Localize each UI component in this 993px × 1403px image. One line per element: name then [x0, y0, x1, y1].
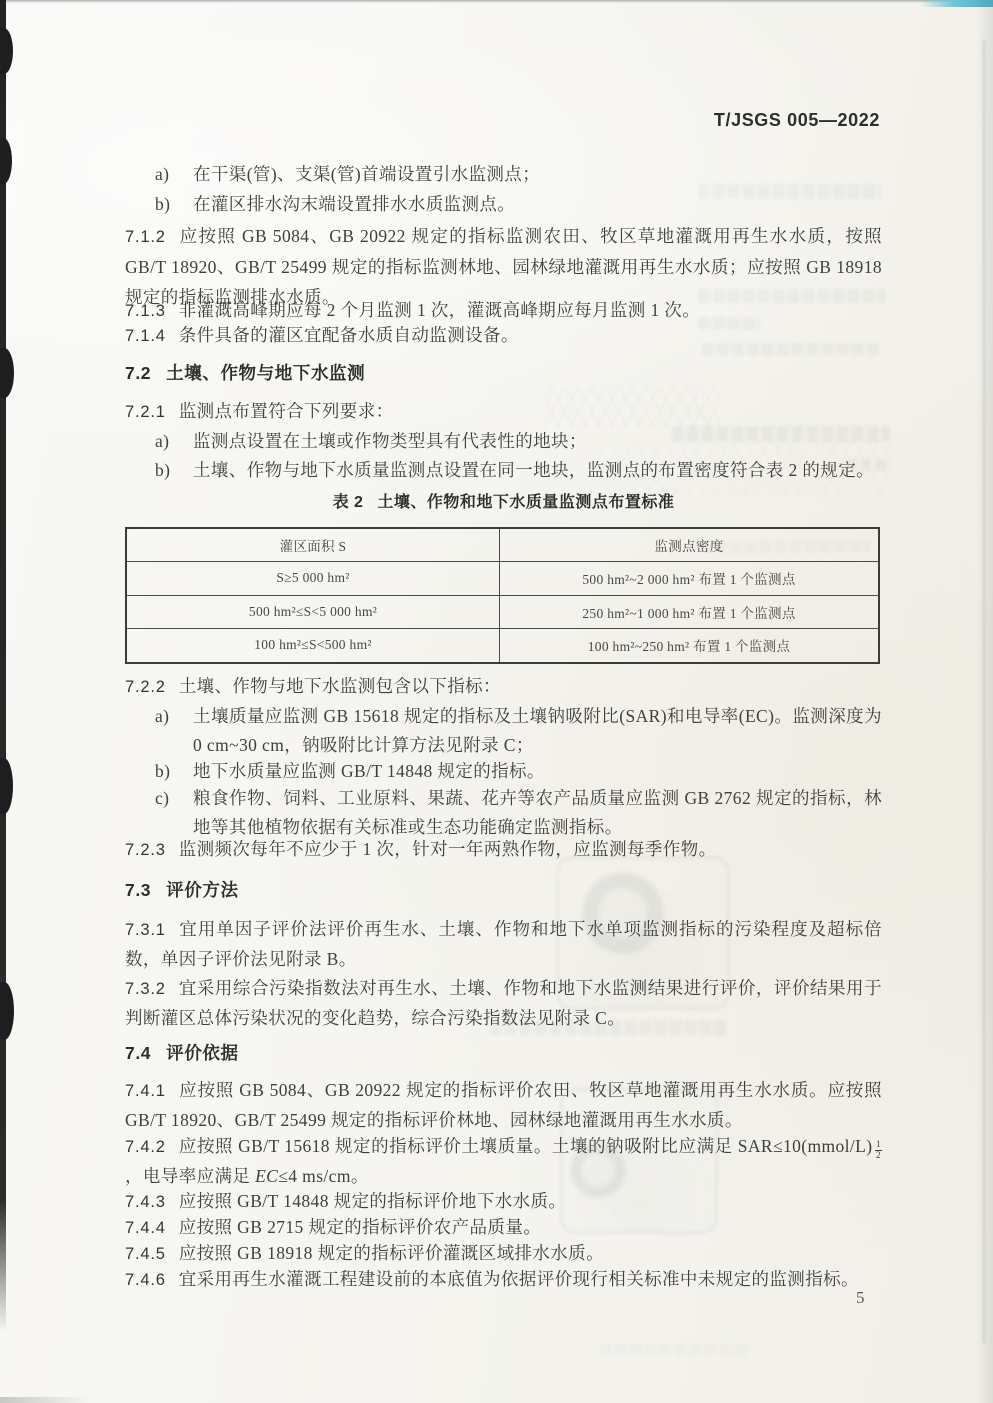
list-item-b: b)土壤、作物与地下水质量监测点设置在同一地块，监测点的布置密度符合表 2 的规… [155, 456, 882, 485]
scanned-page: T/JSGS 005—2022 a)在干渠(管)、支渠(管)首端设置引水监测点；… [0, 0, 993, 1403]
list-item-text: 土壤、作物与地下水质量监测点设置在同一地块，监测点的布置密度符合表 2 的规定。 [193, 460, 874, 480]
section-title: 土壤、作物与地下水监测 [166, 363, 365, 383]
clause-text: 应按照 GB/T 15618 规定的指标评价土壤质量。土壤的钠吸附比应满足 SA… [179, 1136, 873, 1156]
list-item-text: 监测点设置在土壤或作物类型具有代表性的地块； [193, 431, 587, 451]
clause-text: ，电导率应满足 [125, 1166, 255, 1186]
clause-text: 非灌溉高峰期应每 2 个月监测 1 次，灌溉高峰期应每月监测 1 次。 [179, 300, 701, 320]
clause-number: 7.1.4 [125, 327, 166, 345]
fraction-denominator: 2 [876, 1151, 881, 1161]
table-caption-label: 表 2 [333, 494, 364, 511]
table-cell: 500 hm²~2 000 hm² 布置 1 个监测点 [500, 562, 880, 596]
clause-7-4-6: 7.4.6宜采用再生水灌溉工程建设前的本底值为依据评价现行相关标准中未规定的监测… [125, 1264, 882, 1295]
table-monitoring-density: 灌区面积 S 监测点密度 S≥5 000 hm²500 hm²~2 000 hm… [125, 527, 880, 664]
list-item-text: 土壤质量应监测 GB 15618 规定的指标及土壤钠吸附比(SAR)和电导率(E… [193, 706, 882, 755]
clause-7-2-1: 7.2.1监测点布置符合下列要求： [125, 396, 882, 427]
clause-text: ≤4 ms/cm。 [278, 1166, 369, 1186]
scan-left-edge [0, 0, 6, 1332]
list-item-text: 地下水质量应监测 GB/T 14848 规定的指标。 [193, 761, 545, 781]
list-item-text: 粮食作物、饲料、工业原料、果蔬、花卉等农产品质量应监测 GB 2762 规定的指… [193, 788, 882, 837]
table-caption-title: 土壤、作物和地下水质量监测点布置标准 [377, 494, 674, 511]
document-content: T/JSGS 005—2022 a)在干渠(管)、支渠(管)首端设置引水监测点；… [125, 0, 882, 1403]
clause-text: 监测点布置符合下列要求： [179, 401, 394, 421]
table-cell: 250 hm²~1 000 hm² 布置 1 个监测点 [500, 595, 880, 629]
clause-number: 7.3.2 [125, 980, 166, 998]
list-marker: a) [155, 427, 193, 456]
clause-number: 7.1.3 [125, 302, 166, 320]
list-item-b: b)在灌区排水沟末端设置排水水质监测点。 [155, 190, 882, 219]
clause-number: 7.2.3 [125, 841, 166, 859]
list-item-text: 在干渠(管)、支渠(管)首端设置引水监测点； [193, 164, 540, 184]
list-item-text: 在灌区排水沟末端设置排水水质监测点。 [193, 194, 515, 214]
clause-7-3-1: 7.3.1宜用单因子评价法评价再生水、土壤、作物和地下水单项监测指标的污染程度及… [125, 915, 882, 974]
clause-text: 应按照 GB 2715 规定的指标评价农产品质量。 [179, 1217, 541, 1237]
clause-number: 7.2.1 [125, 403, 166, 421]
clause-7-4-2: 7.4.2应按照 GB/T 15618 规定的指标评价土壤质量。土壤的钠吸附比应… [125, 1132, 882, 1191]
clause-number: 7.4.1 [125, 1082, 166, 1100]
table-row: 100 hm²≤S<500 hm²100 hm²~250 hm² 布置 1 个监… [126, 629, 879, 663]
table-cell: 100 hm²~250 hm² 布置 1 个监测点 [500, 629, 880, 663]
list-marker: b) [155, 757, 193, 786]
list-marker: b) [155, 190, 193, 219]
clause-number: 7.2.2 [125, 678, 166, 696]
table-row: 500 hm²≤S<5 000 hm²250 hm²~1 000 hm² 布置 … [126, 595, 879, 629]
clause-text: 监测频次每年不应少于 1 次，针对一年两熟作物，应监测每季作物。 [179, 839, 717, 859]
section-title: 评价方法 [166, 880, 238, 900]
page-number: 5 [856, 1288, 865, 1308]
clause-number: 7.4.5 [125, 1245, 166, 1263]
table-header-row: 灌区面积 S 监测点密度 [126, 528, 879, 562]
clause-7-2-3: 7.2.3监测频次每年不应少于 1 次，针对一年两熟作物，应监测每季作物。 [125, 834, 882, 865]
scan-left-blob [0, 138, 12, 184]
list-marker: b) [155, 456, 193, 485]
clause-text: 宜采用综合污染指数法对再生水、土壤、作物和地下水监测结果进行评价，评价结果用于判… [125, 978, 882, 1028]
clause-7-4-1: 7.4.1应按照 GB 5084、GB 20922 规定的指标评价农田、牧区草地… [125, 1076, 882, 1135]
table-cell: 500 hm²≤S<5 000 hm² [126, 595, 500, 629]
table-row: S≥5 000 hm²500 hm²~2 000 hm² 布置 1 个监测点 [126, 562, 879, 596]
clause-number: 7.4.4 [125, 1219, 166, 1237]
list-item-a: a)在干渠(管)、支渠(管)首端设置引水监测点； [155, 160, 882, 189]
table2-body: S≥5 000 hm²500 hm²~2 000 hm² 布置 1 个监测点50… [126, 562, 879, 663]
list-marker: a) [155, 702, 193, 731]
scan-left-blob [0, 982, 14, 1040]
scan-left-blob [0, 348, 14, 398]
section-title: 评价依据 [166, 1043, 238, 1063]
clause-7-2-2: 7.2.2土壤、作物与地下水监测包含以下指标： [125, 671, 882, 702]
scan-right-line [983, 40, 985, 1343]
clause-text: 宜用单因子评价法评价再生水、土壤、作物和地下水单项监测指标的污染程度及超标倍数，… [125, 919, 882, 969]
scan-bottom-left-mark [0, 1397, 90, 1403]
clause-number: 7.4.3 [125, 1193, 166, 1211]
table-caption: 表 2土壤、作物和地下水质量监测点布置标准 [125, 489, 882, 512]
list-item-a: a)监测点设置在土壤或作物类型具有代表性的地块； [155, 427, 882, 456]
section-heading-7-3: 7.3评价方法 [125, 877, 239, 902]
section-number: 7.2 [125, 363, 151, 383]
formula-fraction: 12 [875, 1140, 883, 1161]
list-item-b: b)地下水质量应监测 GB/T 14848 规定的指标。 [155, 757, 882, 786]
section-number: 7.3 [125, 880, 151, 900]
clause-7-1-4: 7.1.4条件具备的灌区宜配备水质自动监测设备。 [125, 320, 882, 351]
scan-left-blob [0, 28, 13, 74]
scan-left-blob [0, 758, 13, 814]
clause-text: 宜采用再生水灌溉工程建设前的本底值为依据评价现行相关标准中未规定的监测指标。 [179, 1269, 859, 1289]
section-heading-7-2: 7.2土壤、作物与地下水监测 [125, 360, 365, 385]
clause-number: 7.4.2 [125, 1138, 166, 1156]
scan-right-shadow [977, 0, 993, 1403]
table-header-area: 灌区面积 S [126, 528, 500, 562]
list-item-a: a)土壤质量应监测 GB 15618 规定的指标及土壤钠吸附比(SAR)和电导率… [155, 702, 882, 760]
clause-number: 7.1.2 [125, 228, 166, 246]
section-number: 7.4 [125, 1043, 151, 1063]
clause-text: 应按照 GB 5084、GB 20922 规定的指标评价农田、牧区草地灌溉用再生… [125, 1080, 882, 1130]
list-marker: c) [155, 784, 193, 813]
clause-text: 应按照 GB/T 14848 规定的指标评价地下水水质。 [179, 1191, 567, 1211]
table-cell: S≥5 000 hm² [126, 562, 500, 596]
variable-ec: EC [255, 1166, 278, 1186]
section-heading-7-4: 7.4评价依据 [125, 1040, 239, 1065]
clause-number: 7.4.6 [125, 1271, 166, 1289]
clause-text: 条件具备的灌区宜配备水质自动监测设备。 [179, 325, 519, 345]
clause-text: 土壤、作物与地下水监测包含以下指标： [179, 676, 501, 696]
list-marker: a) [155, 160, 193, 189]
clause-text: 应按照 GB 18918 规定的指标评价灌溉区域排水水质。 [179, 1243, 604, 1263]
table-header-density: 监测点密度 [500, 528, 880, 562]
clause-7-3-2: 7.3.2宜采用综合污染指数法对再生水、土壤、作物和地下水监测结果进行评价，评价… [125, 974, 882, 1033]
clause-number: 7.3.1 [125, 921, 166, 939]
table-cell: 100 hm²≤S<500 hm² [126, 629, 500, 663]
document-code: T/JSGS 005—2022 [714, 110, 880, 131]
